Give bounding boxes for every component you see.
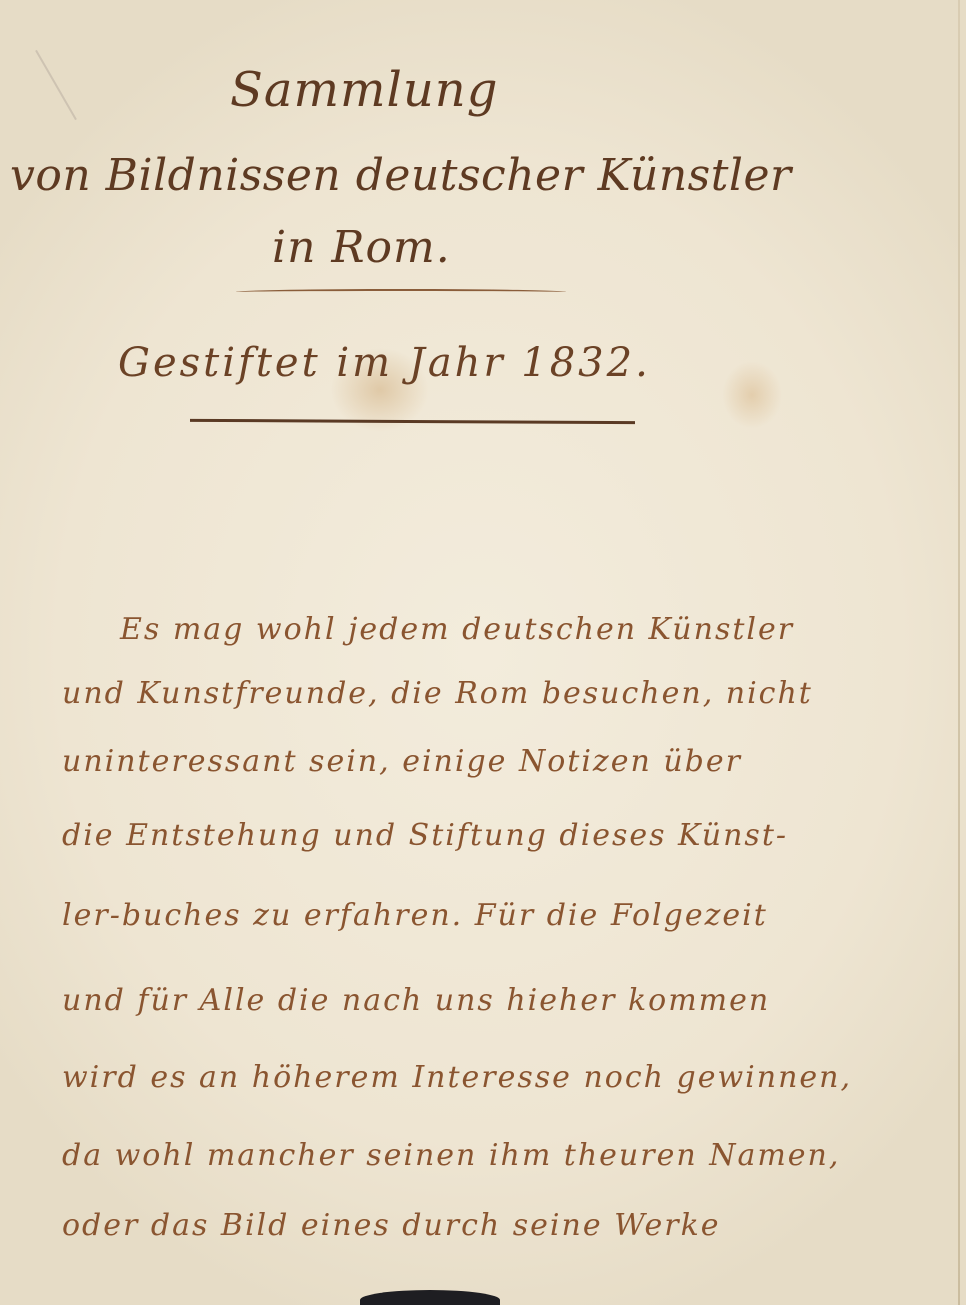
title-line-3: in Rom. bbox=[272, 222, 451, 273]
body-line: die Entstehung und Stiftung dieses Künst… bbox=[62, 818, 788, 853]
subtitle-underline bbox=[190, 419, 635, 424]
title-underline bbox=[236, 289, 566, 295]
body-line: wird es an höherem Interesse noch gewinn… bbox=[62, 1060, 852, 1095]
title-line-2: von Bildnissen deutscher Künstler bbox=[10, 150, 792, 201]
paper-crease bbox=[35, 50, 77, 120]
body-line: und für Alle die nach uns hieher kommen bbox=[62, 983, 770, 1018]
body-line: oder das Bild eines durch seine Werke bbox=[62, 1208, 721, 1243]
page-gutter bbox=[958, 0, 960, 1305]
founded-subtitle: Gestiftet im Jahr 1832. bbox=[118, 340, 651, 386]
manuscript-page: Sammlung von Bildnissen deutscher Künstl… bbox=[0, 0, 966, 1305]
body-line: ler-buches zu erfahren. Für die Folgezei… bbox=[62, 898, 768, 933]
body-line: und Kunstfreunde, die Rom besuchen, nich… bbox=[62, 676, 813, 711]
body-line: Es mag wohl jedem deutschen Künstler bbox=[120, 612, 794, 647]
title-line-1: Sammlung bbox=[230, 62, 498, 118]
body-line: uninteressant sein, einige Notizen über bbox=[62, 744, 742, 779]
ink-blot bbox=[360, 1290, 500, 1305]
body-line: da wohl mancher seinen ihm theuren Namen… bbox=[62, 1138, 840, 1173]
